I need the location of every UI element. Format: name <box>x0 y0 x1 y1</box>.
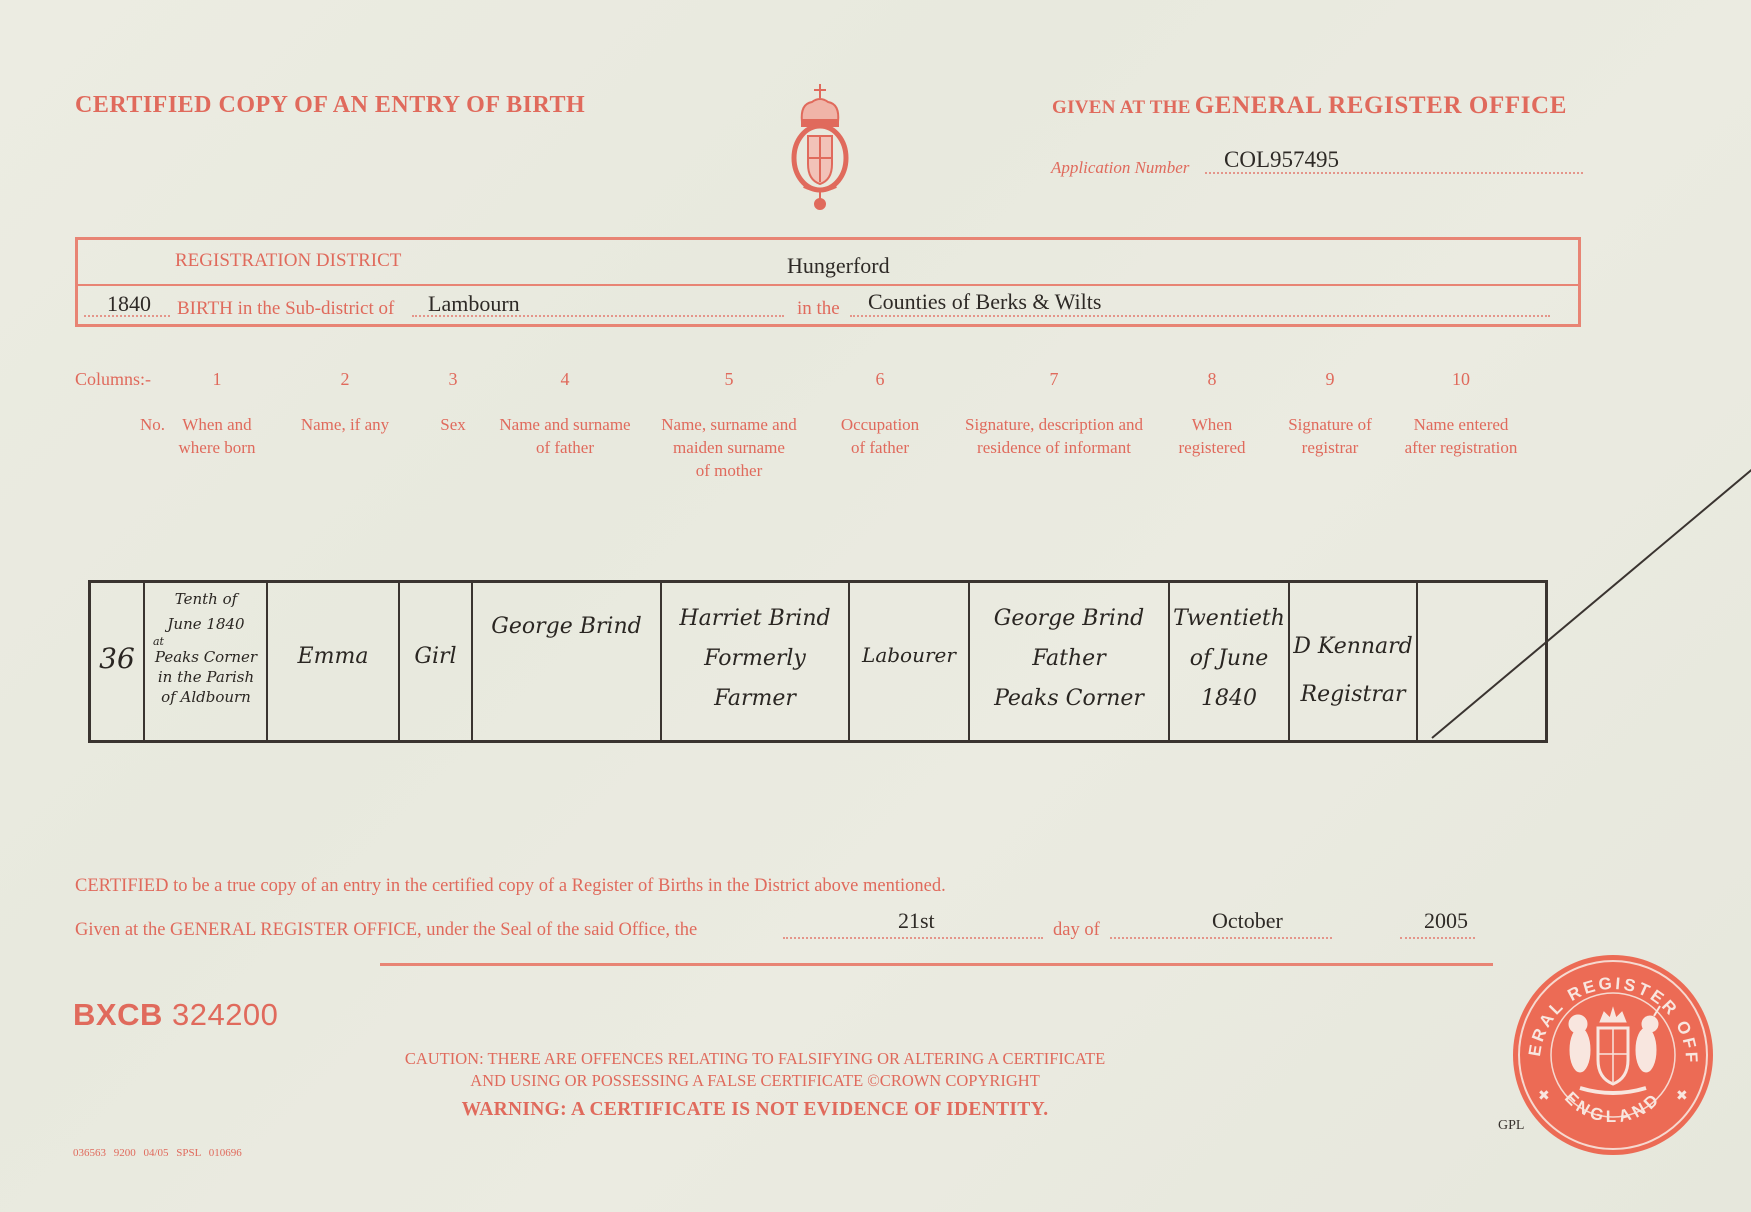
registration-district-value: Hungerford <box>787 253 890 279</box>
column-number-1: 1 <box>187 369 247 390</box>
column-number-4: 4 <box>535 369 595 390</box>
column-number-10: 10 <box>1431 369 1491 390</box>
print-code: 036563 9200 04/05 SPSL 010696 <box>73 1147 242 1159</box>
certificate-title: CERTIFIED COPY OF AN ENTRY OF BIRTH <box>75 92 585 119</box>
subdistrict-label: BIRTH in the Sub-district of <box>177 298 394 320</box>
registration-district-label: REGISTRATION DISTRICT <box>175 250 401 272</box>
identity-warning: WARNING: A CERTIFICATE IS NOT EVIDENCE O… <box>330 1099 1180 1121</box>
certification-statement: CERTIFIED to be a true copy of an entry … <box>75 876 946 897</box>
entry-father-name: George Brind <box>473 613 660 641</box>
entry-child-name: Emma <box>268 643 398 671</box>
column-number-7: 7 <box>1024 369 1084 390</box>
subdistrict-value: Lambourn <box>428 291 520 317</box>
serial-prefix: BXCB <box>73 997 163 1032</box>
column-number-2: 2 <box>315 369 375 390</box>
entry-number: 36 <box>91 645 143 673</box>
entry-when-where-born: Tenth of June 1840 at Peaks Corner in th… <box>145 587 267 707</box>
serial-number: 324200 <box>172 997 278 1032</box>
entry-occupation: Labourer <box>850 641 968 669</box>
county-dotted-line <box>850 315 1550 317</box>
cancellation-diagonal-line <box>1420 455 1751 755</box>
column-header-father: Name and surnameof father <box>470 413 660 459</box>
column-number-8: 8 <box>1182 369 1242 390</box>
columns-label: Columns:- <box>75 369 151 390</box>
district-box-divider <box>75 284 1581 286</box>
office-name: GENERAL REGISTER OFFICE <box>1195 92 1567 119</box>
birth-year-value: 1840 <box>107 291 151 317</box>
column-header-name-after-registration: Name enteredafter registration <box>1366 413 1556 459</box>
year-dotted-line-2 <box>1400 937 1475 939</box>
application-number-value: COL957495 <box>1224 147 1339 173</box>
column-number-3: 3 <box>423 369 483 390</box>
svg-text:✖: ✖ <box>1538 1088 1550 1104</box>
application-number-label: Application Number <box>1051 158 1189 178</box>
birth-entry-table: 36 Tenth of June 1840 at Peaks Corner in… <box>88 580 1548 743</box>
given-at-prefix: GIVEN AT THE <box>1052 97 1191 118</box>
month-dotted-line <box>1110 937 1332 939</box>
county-label: in the <box>797 298 840 320</box>
issuing-office-heading: GIVEN AT THE GENERAL REGISTER OFFICE <box>1052 92 1567 120</box>
day-of-label: day of <box>1053 920 1100 941</box>
entry-registrar-signature: D Kennard Registrar <box>1290 623 1416 719</box>
svg-text:✖: ✖ <box>1676 1088 1688 1104</box>
column-number-6: 6 <box>850 369 910 390</box>
entry-informant: George Brind Father Peaks Corner <box>970 599 1168 719</box>
given-at-statement: Given at the GENERAL REGISTER OFFICE, un… <box>75 920 697 941</box>
entry-sex: Girl <box>400 643 471 671</box>
certification-divider <box>380 963 1493 966</box>
certificate-serial-number: BXCB 324200 <box>73 997 278 1033</box>
general-register-office-seal-icon: GENERAL REGISTER OFFICE ENGLAND ✖ ✖ <box>1510 952 1716 1158</box>
column-number-9: 9 <box>1300 369 1360 390</box>
issue-year-value: 2005 <box>1424 908 1468 934</box>
entry-mother-name: Harriet Brind Formerly Farmer <box>662 599 848 719</box>
day-dotted-line <box>783 937 1043 939</box>
royal-crest-garter-icon <box>790 82 850 214</box>
county-value: Counties of Berks & Wilts <box>868 289 1101 315</box>
entry-when-registered: Twentieth of June 1840 <box>1170 599 1288 719</box>
issue-month-value: October <box>1212 908 1283 934</box>
issue-day-value: 21st <box>898 908 935 934</box>
column-number-5: 5 <box>699 369 759 390</box>
caution-notice: CAUTION: THERE ARE OFFENCES RELATING TO … <box>330 1048 1180 1092</box>
